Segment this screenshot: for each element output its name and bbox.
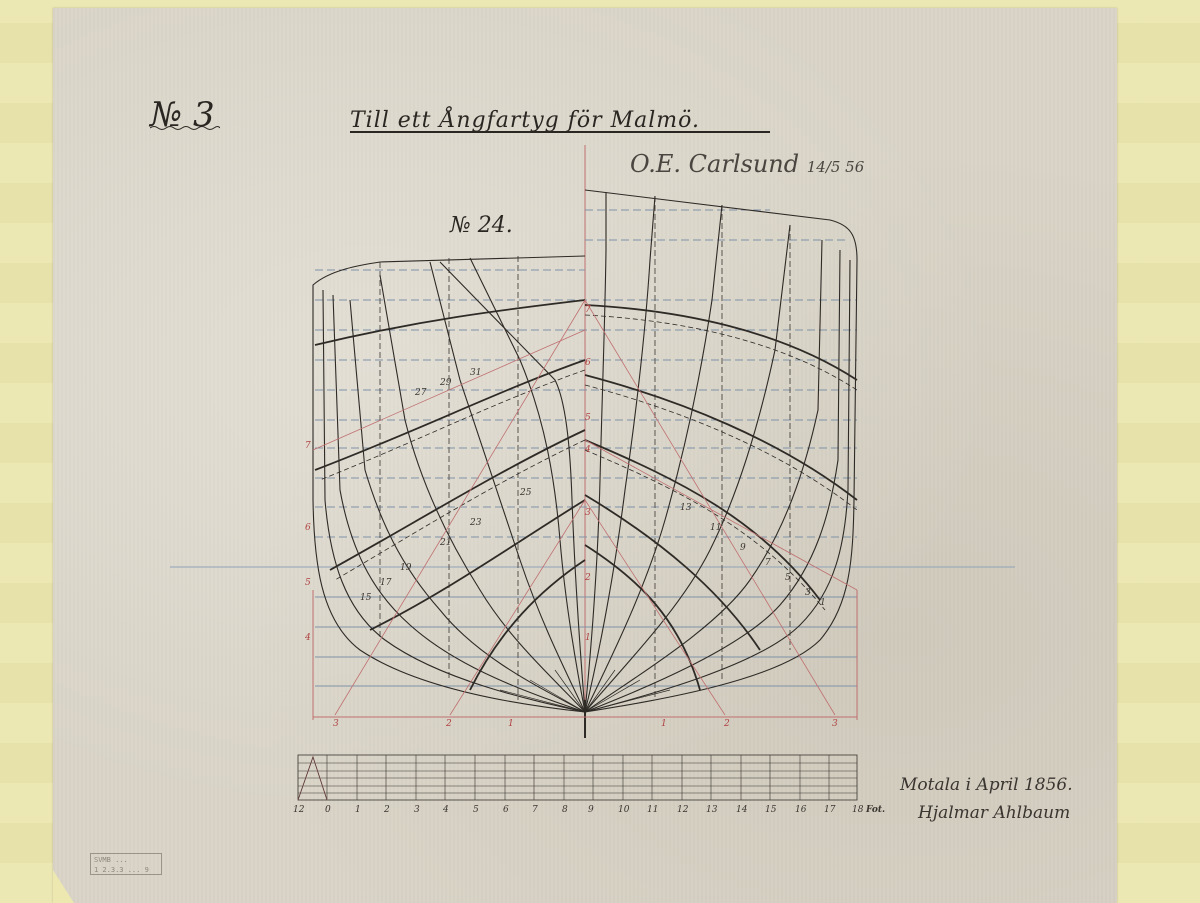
svg-text:18: 18 [852, 805, 864, 815]
svg-text:5: 5 [785, 573, 791, 583]
svg-text:12: 12 [293, 805, 305, 815]
svg-text:2: 2 [383, 805, 390, 815]
svg-text:4: 4 [304, 633, 311, 643]
svg-text:21: 21 [439, 538, 451, 548]
svg-text:6: 6 [585, 358, 591, 368]
svg-text:5: 5 [585, 413, 591, 423]
svg-text:31: 31 [470, 368, 481, 378]
svg-text:3: 3 [333, 719, 339, 729]
svg-text:9: 9 [588, 805, 594, 815]
svg-text:19: 19 [400, 563, 412, 573]
svg-text:Fot.: Fot. [865, 805, 885, 815]
svg-text:4: 4 [442, 805, 449, 815]
hull-sections-right [585, 190, 857, 712]
svg-text:1: 1 [820, 598, 826, 608]
svg-text:0: 0 [325, 805, 331, 815]
svg-text:3: 3 [832, 719, 838, 729]
svg-text:11: 11 [647, 805, 658, 815]
svg-text:5: 5 [305, 578, 311, 588]
svg-text:6: 6 [503, 805, 509, 815]
svg-text:9: 9 [740, 543, 746, 553]
svg-text:15: 15 [765, 805, 777, 815]
svg-text:7: 7 [532, 805, 538, 815]
svg-text:13: 13 [680, 503, 692, 513]
svg-text:3: 3 [414, 805, 420, 815]
svg-text:7: 7 [585, 305, 591, 315]
svg-text:7: 7 [765, 558, 771, 568]
svg-text:1: 1 [355, 805, 361, 815]
svg-text:16: 16 [795, 805, 807, 815]
svg-text:25: 25 [519, 488, 532, 498]
svg-text:8: 8 [562, 805, 568, 815]
svg-text:17: 17 [824, 805, 836, 815]
svg-text:2: 2 [584, 573, 591, 583]
svg-text:5: 5 [473, 805, 479, 815]
scale-bar: 12 0 1 2 3 4 5 6 7 8 9 10 11 12 13 14 15… [293, 755, 885, 815]
svg-text:3: 3 [585, 508, 591, 518]
svg-text:10: 10 [618, 805, 630, 815]
svg-text:13: 13 [706, 805, 718, 815]
svg-text:7: 7 [305, 441, 311, 451]
svg-text:29: 29 [439, 378, 452, 388]
svg-text:4: 4 [584, 445, 591, 455]
waterline-labels-left: 7 6 5 4 [304, 441, 311, 643]
svg-text:6: 6 [305, 523, 311, 533]
svg-text:14: 14 [736, 805, 748, 815]
svg-text:1: 1 [585, 633, 591, 643]
svg-text:23: 23 [469, 518, 482, 528]
body-plan-drawing: 3 2 1 1 2 3 7 6 5 4 7 6 5 4 3 2 1 31 29 … [0, 0, 1200, 903]
svg-text:17: 17 [380, 578, 392, 588]
svg-text:2: 2 [445, 719, 452, 729]
svg-text:2: 2 [723, 719, 730, 729]
svg-text:15: 15 [360, 593, 372, 603]
svg-text:1: 1 [508, 719, 514, 729]
svg-text:3: 3 [805, 588, 811, 598]
svg-text:27: 27 [414, 388, 427, 398]
svg-text:12: 12 [677, 805, 689, 815]
svg-text:11: 11 [710, 523, 721, 533]
svg-text:1: 1 [661, 719, 667, 729]
